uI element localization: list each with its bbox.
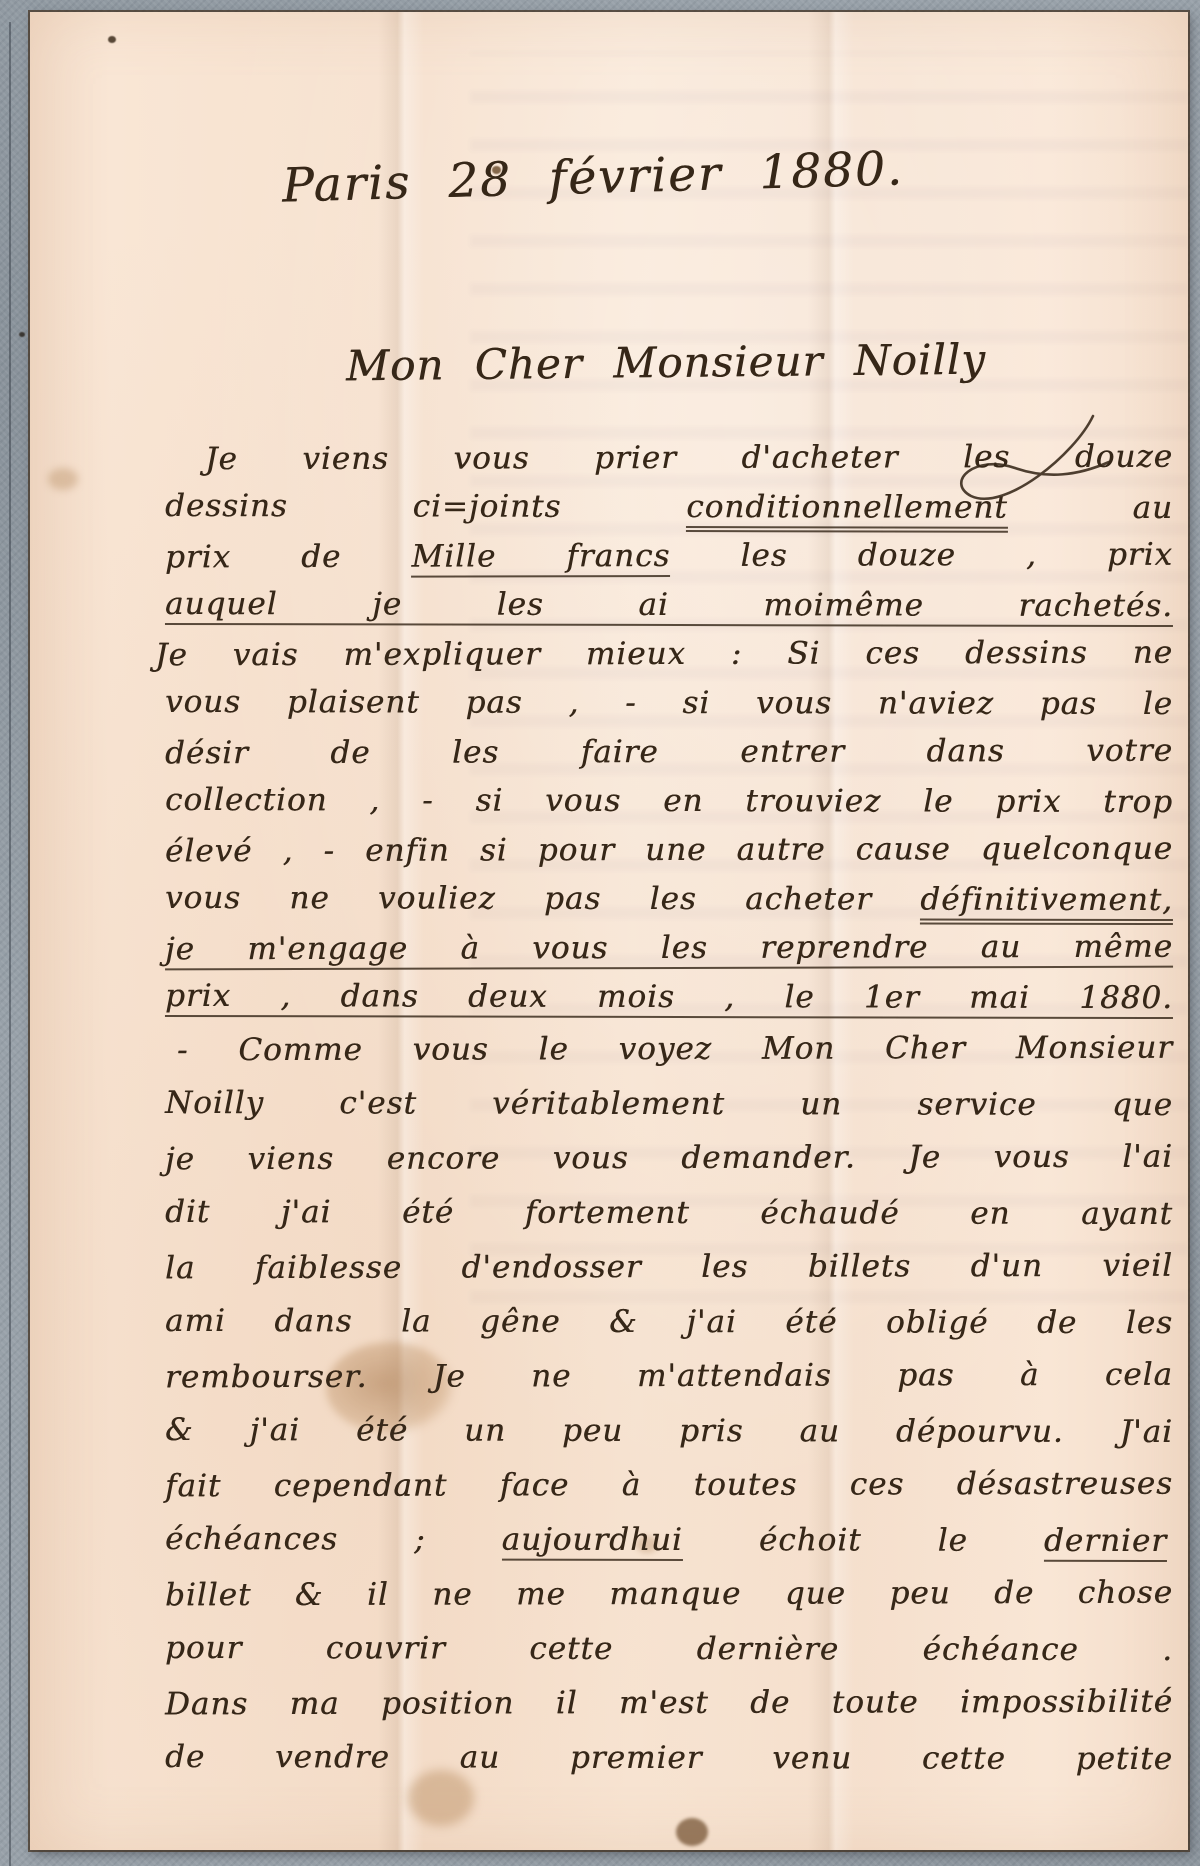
letter-text-segment: les douze , prix xyxy=(670,537,1173,574)
letter-line: je m'engage à vous les reprendre au même xyxy=(165,923,1173,975)
letter-line: échéances ; aujourdhui échoit le dernier xyxy=(165,1511,1173,1568)
letter-text-segment: de vendre au premier venu cette petite xyxy=(165,1738,1173,1776)
letter-line: Noilly c'est véritablement un service qu… xyxy=(165,1075,1173,1132)
letter-line: vous plaisent pas , - si vous n'aviez pa… xyxy=(165,678,1173,729)
letter-text-segment: aujourdhui xyxy=(502,1521,683,1560)
letter-line: dit j'ai été fortement échaudé en ayant xyxy=(165,1184,1173,1241)
mat-edge-shadow xyxy=(9,22,11,1866)
mat-background: Paris 28 février 1880. Mon Cher Monsieur… xyxy=(0,0,1200,1866)
letter-text-segment: Dans ma position il m'est de toute impos… xyxy=(165,1684,1173,1723)
letter-text-segment: échéances ; xyxy=(165,1520,502,1557)
letter-text-segment: & j'ai été un peu pris au dépourvu. J'ai xyxy=(165,1411,1173,1449)
letter-line: Je vais m'expliquer mieux : Si ces dessi… xyxy=(155,629,1173,681)
letter-text-segment: Mille francs xyxy=(411,538,670,578)
letter-line: de vendre au premier venu cette petite xyxy=(165,1729,1173,1786)
salutation: Mon Cher Monsieur Noilly xyxy=(346,335,986,391)
letter-text-segment: dessins ci=joints xyxy=(165,488,686,525)
letter-text-segment: dit j'ai été fortement échaudé en ayant xyxy=(165,1193,1173,1231)
letter-line: - Comme vous le voyez Mon Cher Monsieur xyxy=(165,1021,1173,1078)
stain-spot xyxy=(48,468,78,490)
letter-line: fait cependant face à toutes ces désastr… xyxy=(165,1457,1173,1514)
letter-text-segment: échoit le xyxy=(683,1522,1044,1559)
letter-text-segment: Je viens vous prier d'acheter les douze xyxy=(205,439,1173,478)
letter-line: vous ne vouliez pas les acheter définiti… xyxy=(165,874,1173,925)
letter-text-segment: Je vais m'expliquer mieux : Si ces dessi… xyxy=(155,635,1173,674)
letter-text-segment: collection , - si vous en trouviez le pr… xyxy=(165,782,1173,820)
date-line: Paris 28 février 1880. xyxy=(281,141,904,213)
letter-line: prix de Mille francs les douze , prix xyxy=(165,531,1173,583)
letter-text-segment: je m'engage à vous les reprendre au même xyxy=(165,929,1173,971)
letter-line: ami dans la gêne & j'ai été obligé de le… xyxy=(165,1293,1173,1350)
letter-line: auquel je les ai moimême rachetés. xyxy=(165,580,1173,631)
letter-text-segment: rembourser. Je ne m'attendais pas à cela xyxy=(165,1357,1173,1396)
letter-line: prix , dans deux mois , le 1er mai 1880. xyxy=(165,972,1173,1023)
letter-text-segment: je viens encore vous demander. Je vous l… xyxy=(165,1139,1173,1178)
letter-line: Dans ma position il m'est de toute impos… xyxy=(165,1675,1173,1732)
letter-line: je viens encore vous demander. Je vous l… xyxy=(165,1130,1173,1187)
letter-line: élevé , - enfin si pour une autre cause … xyxy=(165,825,1173,877)
stain-spot xyxy=(108,36,116,43)
letter-line: billet & il ne me manque que peu de chos… xyxy=(165,1566,1173,1623)
letter-text-segment: fait cependant face à toutes ces désastr… xyxy=(165,1466,1173,1505)
letter-line: désir de les faire entrer dans votre xyxy=(165,727,1173,779)
letter-line: rembourser. Je ne m'attendais pas à cela xyxy=(165,1348,1173,1405)
letter-text-segment: définitivement, xyxy=(920,882,1173,926)
letter-text-segment: désir de les faire entrer dans votre xyxy=(165,733,1173,772)
letter-text-segment: Noilly c'est véritablement un service qu… xyxy=(165,1084,1173,1122)
letter-text-segment: ami dans la gêne & j'ai été obligé de le… xyxy=(165,1302,1173,1340)
letter-line: la faiblesse d'endosser les billets d'un… xyxy=(165,1239,1173,1296)
stain-spot xyxy=(19,332,25,337)
letter-line: pour couvrir cette dernière échéance . xyxy=(165,1620,1173,1677)
letter-line: collection , - si vous en trouviez le pr… xyxy=(165,776,1173,827)
letter-text-segment: prix de xyxy=(165,539,412,576)
letter-text-segment: élevé , - enfin si pour une autre cause … xyxy=(165,831,1173,870)
letter-text-segment: pour couvrir cette dernière échéance . xyxy=(165,1629,1173,1667)
letter-text-segment: - Comme vous le voyez Mon Cher Monsieur xyxy=(177,1030,1173,1069)
letter-text-segment: la faiblesse d'endosser les billets d'un… xyxy=(165,1248,1173,1287)
letter-text-segment: vous plaisent pas , - si vous n'aviez pa… xyxy=(165,684,1173,722)
letter-page: Paris 28 février 1880. Mon Cher Monsieur… xyxy=(30,12,1188,1850)
stain-spot xyxy=(676,1818,708,1846)
letter-text-segment: prix , dans deux mois , le 1er mai 1880. xyxy=(165,978,1173,1019)
letter-text-segment: au xyxy=(1008,490,1173,526)
letter-text-segment: billet & il ne me manque que peu de chos… xyxy=(165,1575,1173,1614)
letter-text-segment: auquel je les ai moimême rachetés. xyxy=(165,586,1173,627)
letter-text-segment: conditionnellement xyxy=(686,489,1007,533)
letter-body: Je viens vous prier d'acheter les douzed… xyxy=(165,434,1173,1785)
letter-text-segment: vous ne vouliez pas les acheter xyxy=(165,880,920,918)
letter-line: Je viens vous prier d'acheter les douze xyxy=(165,433,1173,485)
letter-text-segment: dernier xyxy=(1044,1522,1167,1561)
letter-line: & j'ai été un peu pris au dépourvu. J'ai xyxy=(165,1402,1173,1459)
letter-line: dessins ci=joints conditionnellement au xyxy=(165,482,1173,533)
